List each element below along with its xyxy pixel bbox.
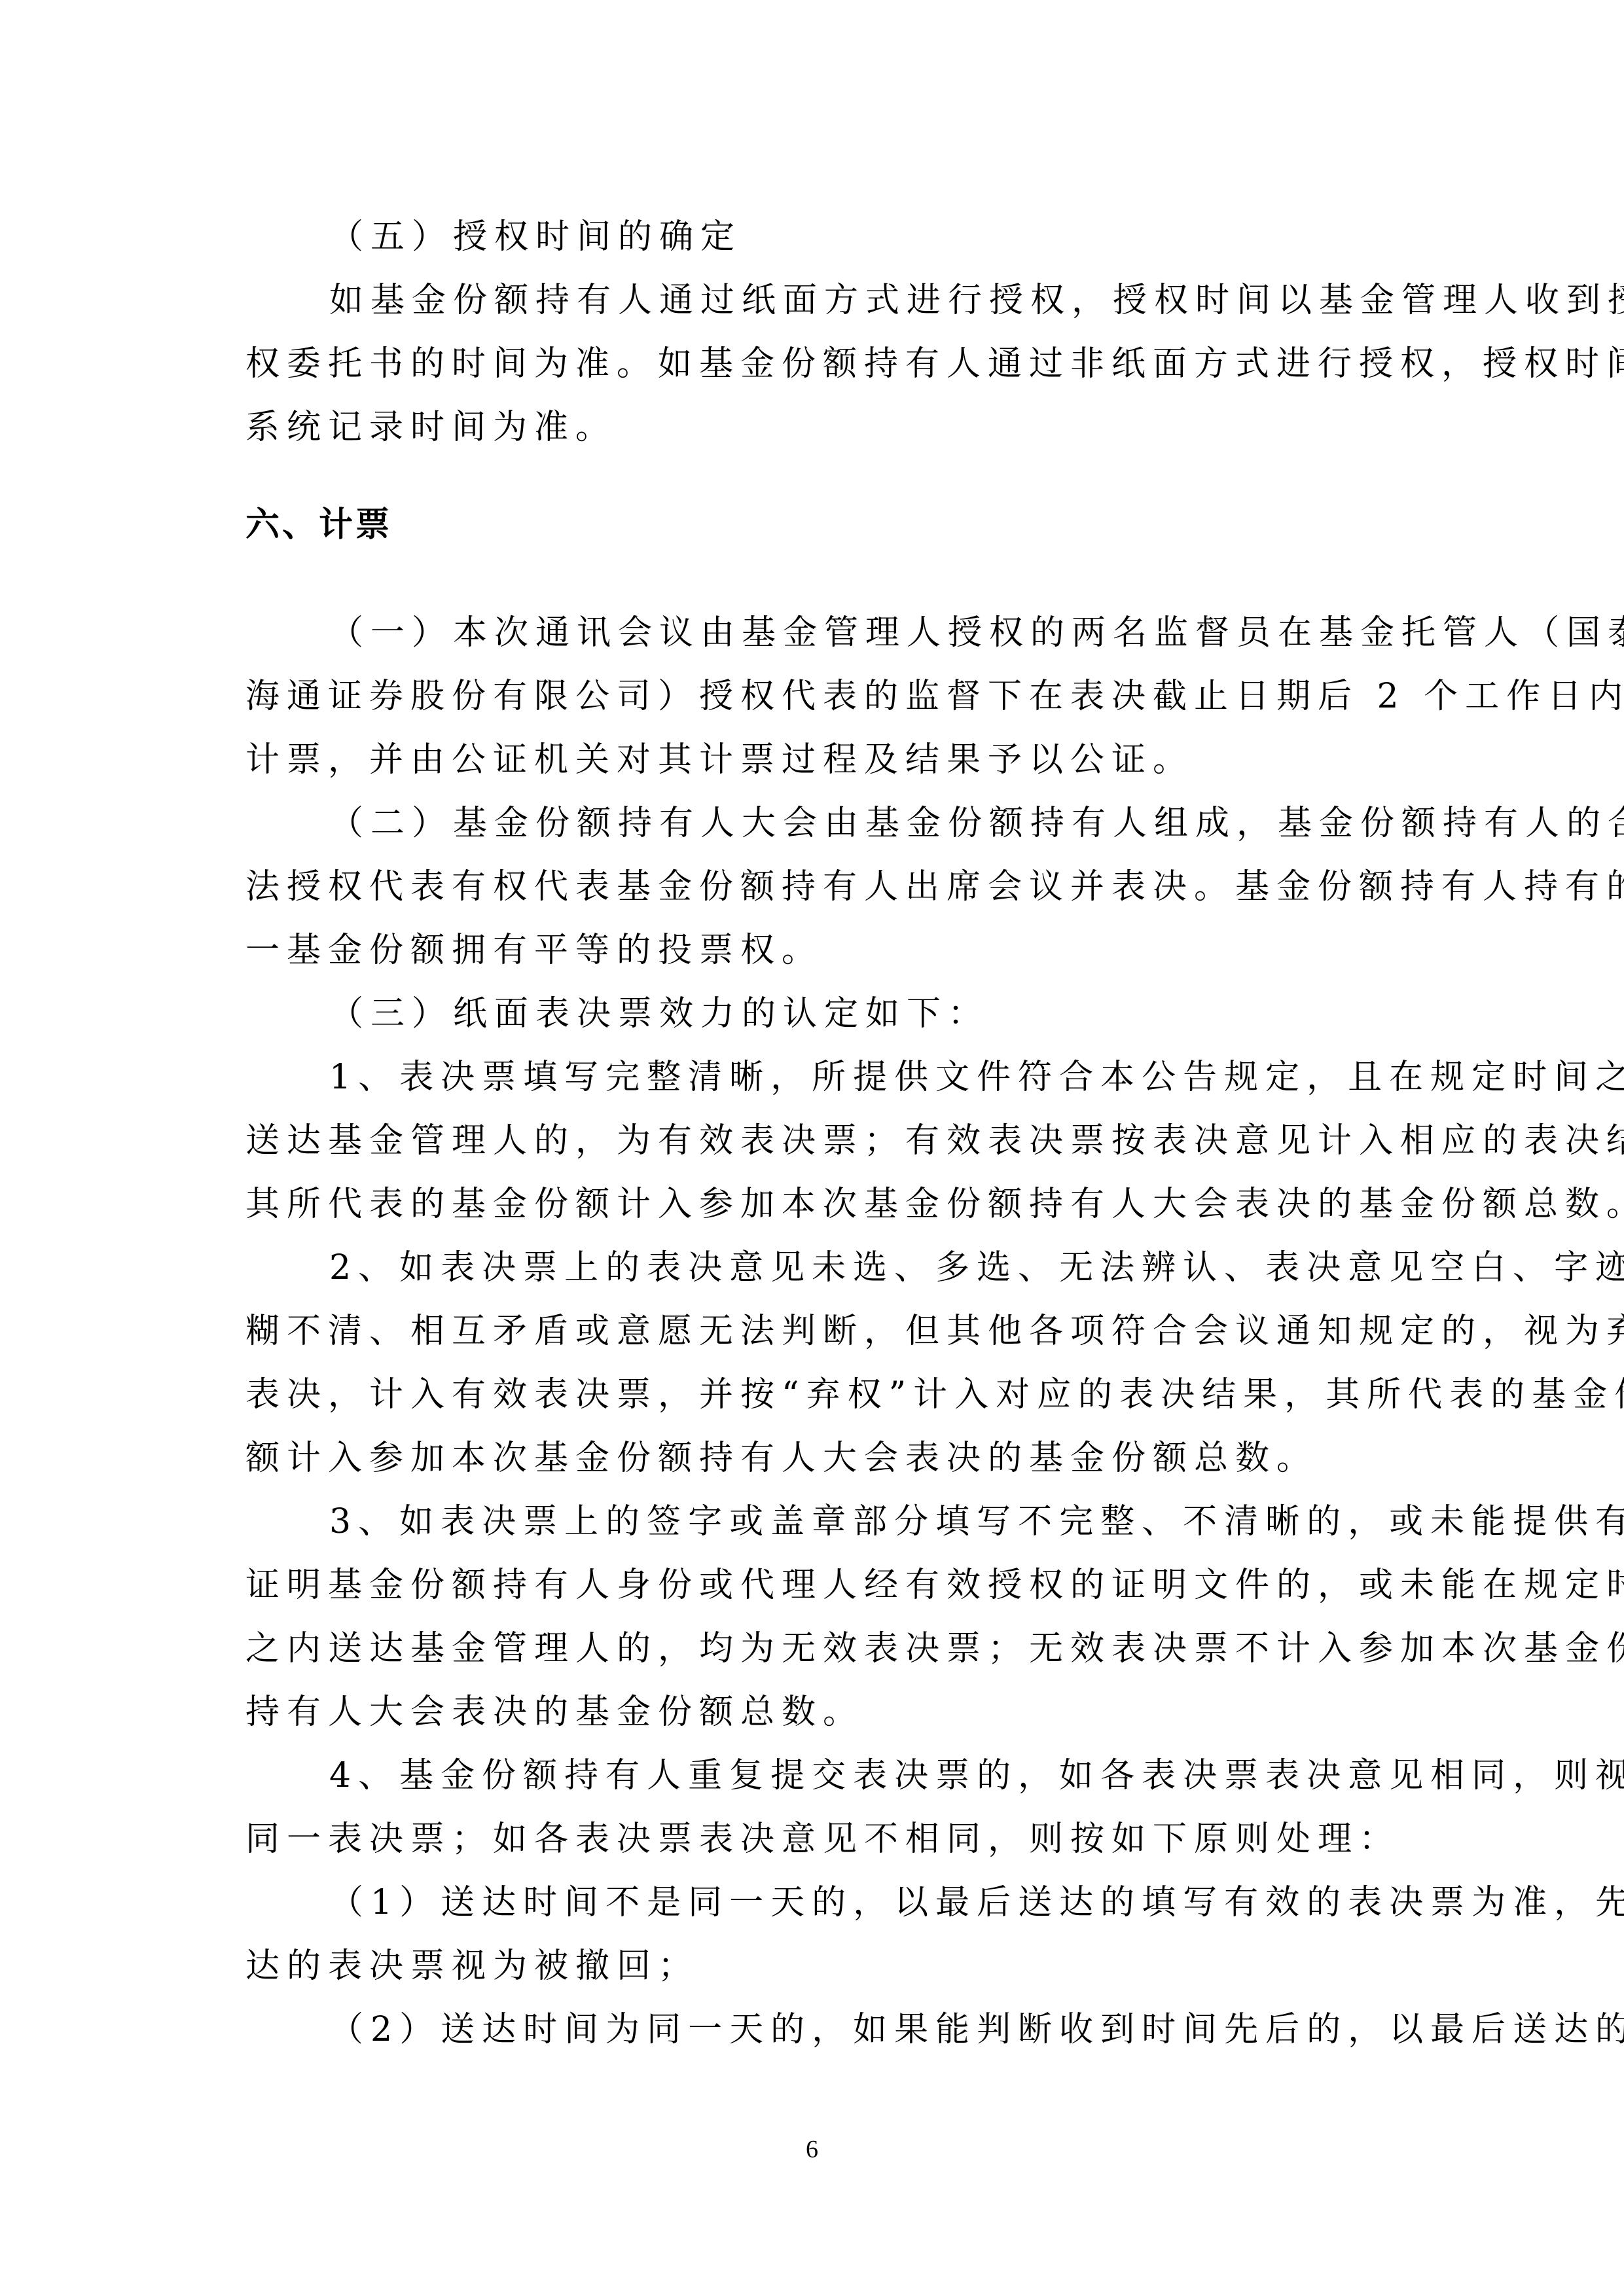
document-page: （五）授权时间的确定 如基金份额持有人通过纸面方式进行授权，授权时间以基金管理人… [0, 0, 1624, 2296]
paragraph-line: 法授权代表有权代表基金份额持有人出席会议并表决。基金份额持有人持有的每 [245, 866, 1378, 908]
paragraph-line: 1、表决票填写完整清晰，所提供文件符合本公告规定，且在规定时间之内 [329, 1056, 1378, 1098]
paragraph-line: 表决，计入有效表决票，并按“弃权”计入对应的表决结果，其所代表的基金份 [245, 1374, 1378, 1416]
paragraph-line: 2、如表决票上的表决意见未选、多选、无法辨认、表决意见空白、字迹模 [329, 1247, 1378, 1289]
paragraph-line: 如基金份额持有人通过纸面方式进行授权，授权时间以基金管理人收到授 [329, 279, 1378, 321]
section-heading-vote-counting: 六、计票 [245, 504, 1378, 546]
paragraph-line: （1）送达时间不是同一天的，以最后送达的填写有效的表决票为准，先送 [329, 1882, 1378, 1924]
paragraph-line: 持有人大会表决的基金份额总数。 [245, 1691, 1378, 1733]
paragraph-line: 海通证券股份有限公司）授权代表的监督下在表决截止日期后 2 个工作日内进行 [245, 675, 1378, 717]
paragraph-line: 系统记录时间为准。 [245, 406, 1378, 448]
paragraph-line: （一）本次通讯会议由基金管理人授权的两名监督员在基金托管人（国泰 [329, 612, 1378, 654]
paragraph-line: 糊不清、相互矛盾或意愿无法判断，但其他各项符合会议通知规定的，视为弃权 [245, 1310, 1378, 1352]
paragraph-line: 之内送达基金管理人的，均为无效表决票；无效表决票不计入参加本次基金份额 [245, 1628, 1378, 1670]
page-number: 6 [0, 2135, 1624, 2164]
subheading-authorization-time: （五）授权时间的确定 [329, 216, 1378, 258]
paragraph-line: 一基金份额拥有平等的投票权。 [245, 929, 1378, 971]
paragraph-line: 达的表决票视为被撤回； [245, 1945, 1378, 1987]
paragraph-line: 权委托书的时间为准。如基金份额持有人通过非纸面方式进行授权，授权时间以 [245, 343, 1378, 385]
paragraph-line: 3、如表决票上的签字或盖章部分填写不完整、不清晰的，或未能提供有效 [329, 1501, 1378, 1543]
paragraph-line: 送达基金管理人的，为有效表决票；有效表决票按表决意见计入相应的表决结果， [245, 1120, 1378, 1162]
paragraph-line: 证明基金份额持有人身份或代理人经有效授权的证明文件的，或未能在规定时间 [245, 1564, 1378, 1606]
paragraph-line: （三）纸面表决票效力的认定如下： [329, 993, 1378, 1035]
paragraph-line: （二）基金份额持有人大会由基金份额持有人组成，基金份额持有人的合 [329, 802, 1378, 844]
paragraph-line: 4、基金份额持有人重复提交表决票的，如各表决票表决意见相同，则视为 [329, 1755, 1378, 1797]
paragraph-line: 额计入参加本次基金份额持有人大会表决的基金份额总数。 [245, 1437, 1378, 1479]
paragraph-line: 其所代表的基金份额计入参加本次基金份额持有人大会表决的基金份额总数。 [245, 1183, 1378, 1225]
paragraph-line: （2）送达时间为同一天的，如果能判断收到时间先后的，以最后送达的填 [329, 2009, 1378, 2051]
paragraph-line: 计票，并由公证机关对其计票过程及结果予以公证。 [245, 739, 1378, 781]
paragraph-line: 同一表决票；如各表决票表决意见不相同，则按如下原则处理： [245, 1818, 1378, 1860]
